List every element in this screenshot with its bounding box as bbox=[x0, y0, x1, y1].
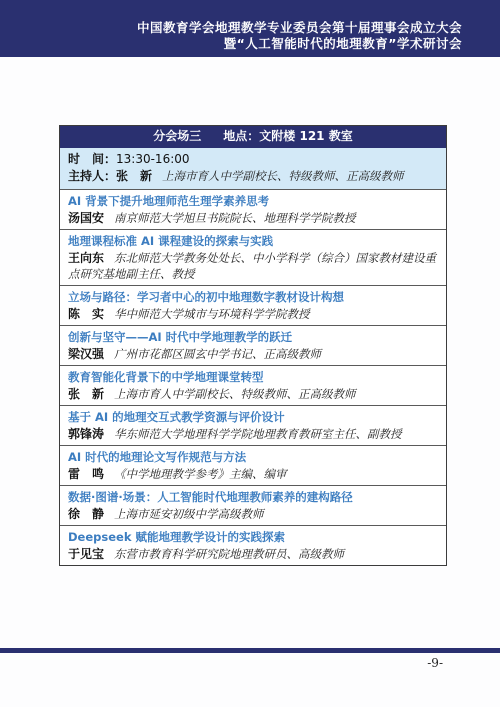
table-header-row: 分会场三地点：文附楼 121 教室 bbox=[60, 126, 446, 148]
speaker-affiliation: 华中师范大学城市与环境科学学院教授 bbox=[114, 307, 310, 321]
talk-title: AI 时代的地理论文写作规范与方法 bbox=[68, 449, 438, 465]
speaker-affiliation: 东北师范大学教务处处长、中小学科学（综合）国家教材建设重点研究基地副主任、教授 bbox=[68, 251, 436, 281]
talk-title: 立场与路径：学习者中心的初中地理数字教材设计构想 bbox=[68, 289, 438, 305]
talk-speaker-row: 梁汉强广州市花都区圆玄中学书记、正高级教师 bbox=[68, 346, 438, 362]
conference-banner: 中国教育学会地理教学专业委员会第十届理事会成立大会 暨“人工智能时代的地理教育”… bbox=[0, 0, 500, 57]
talk-speaker-row: 于见宝东营市教育科学研究院地理教研员、高级教师 bbox=[68, 546, 438, 562]
speaker-name: 陈 实 bbox=[68, 307, 104, 321]
host-label: 主持人： bbox=[68, 169, 116, 183]
time-label: 时 间： bbox=[68, 152, 116, 166]
session-row: 基于 AI 的地理交互式教学资源与评价设计 郭锋涛华东师范大学地理科学学院地理教… bbox=[60, 405, 446, 445]
talk-title: 数据·图谱·场景：人工智能时代地理教师素养的建构路径 bbox=[68, 489, 438, 505]
speaker-affiliation: 上海市延安初级中学高级教师 bbox=[114, 507, 264, 521]
talk-speaker-row: 陈 实华中师范大学城市与环境科学学院教授 bbox=[68, 306, 438, 322]
talk-speaker-row: 雷 鸣《中学地理教学参考》主编、编审 bbox=[68, 466, 438, 482]
session-row: 教育智能化背景下的中学地理课堂转型 张 新上海市育人中学副校长、特级教师、正高级… bbox=[60, 365, 446, 405]
speaker-name: 王向东 bbox=[68, 251, 104, 265]
speaker-affiliation: 华东师范大学地理科学学院地理教育教研室主任、副教授 bbox=[114, 427, 402, 441]
speaker-name: 梁汉强 bbox=[68, 347, 104, 361]
session-row: AI 时代的地理论文写作规范与方法 雷 鸣《中学地理教学参考》主编、编审 bbox=[60, 445, 446, 485]
speaker-name: 徐 静 bbox=[68, 507, 104, 521]
talk-speaker-row: 郭锋涛华东师范大学地理科学学院地理教育教研室主任、副教授 bbox=[68, 426, 438, 442]
speaker-affiliation: 东营市教育科学研究院地理教研员、高级教师 bbox=[114, 547, 344, 561]
talk-speaker-row: 王向东东北师范大学教务处处长、中小学科学（综合）国家教材建设重点研究基地副主任、… bbox=[68, 250, 438, 282]
session-row: AI 背景下提升地理师范生理学素养思考 汤国安南京师范大学旭旦书院院长、地理科学… bbox=[60, 189, 446, 229]
speaker-name: 郭锋涛 bbox=[68, 427, 104, 441]
host-name: 张 新 bbox=[116, 169, 152, 183]
speaker-affiliation: 上海市育人中学副校长、特级教师、正高级教师 bbox=[114, 387, 356, 401]
session-location: 地点：文附楼 121 教室 bbox=[223, 129, 352, 143]
speaker-name: 雷 鸣 bbox=[68, 467, 104, 481]
time-value: 13:30-16:00 bbox=[116, 152, 190, 166]
banner-line-1: 中国教育学会地理教学专业委员会第十届理事会成立大会 bbox=[0, 20, 462, 36]
host-description: 上海市育人中学副校长、特级教师、正高级教师 bbox=[162, 169, 404, 183]
talk-title: 地理课程标准 AI 课程建设的探索与实践 bbox=[68, 233, 438, 249]
session-row: 地理课程标准 AI 课程建设的探索与实践 王向东东北师范大学教务处处长、中小学科… bbox=[60, 229, 446, 285]
talk-title: Deepseek 赋能地理教学设计的实践探索 bbox=[68, 529, 438, 545]
talk-speaker-row: 汤国安南京师范大学旭旦书院院长、地理科学学院教授 bbox=[68, 210, 438, 226]
session-info-block: 时 间：13:30-16:00 主持人：张 新上海市育人中学副校长、特级教师、正… bbox=[60, 148, 446, 189]
speaker-affiliation: 南京师范大学旭旦书院院长、地理科学学院教授 bbox=[114, 211, 356, 225]
talk-title: 基于 AI 的地理交互式教学资源与评价设计 bbox=[68, 409, 438, 425]
talk-title: AI 背景下提升地理师范生理学素养思考 bbox=[68, 193, 438, 209]
session-row: Deepseek 赋能地理教学设计的实践探索 于见宝东营市教育科学研究院地理教研… bbox=[60, 525, 446, 565]
talk-speaker-row: 徐 静上海市延安初级中学高级教师 bbox=[68, 506, 438, 522]
program-table: 分会场三地点：文附楼 121 教室 时 间：13:30-16:00 主持人：张 … bbox=[59, 125, 447, 566]
talk-title: 教育智能化背景下的中学地理课堂转型 bbox=[68, 369, 438, 385]
footer-divider-bar bbox=[0, 648, 500, 653]
session-row: 数据·图谱·场景：人工智能时代地理教师素养的建构路径 徐 静上海市延安初级中学高… bbox=[60, 485, 446, 525]
talk-speaker-row: 张 新上海市育人中学副校长、特级教师、正高级教师 bbox=[68, 386, 438, 402]
speaker-affiliation: 广州市花都区圆玄中学书记、正高级教师 bbox=[114, 347, 321, 361]
host-row: 主持人：张 新上海市育人中学副校长、特级教师、正高级教师 bbox=[68, 168, 438, 185]
session-name: 分会场三 bbox=[153, 129, 201, 143]
time-row: 时 间：13:30-16:00 bbox=[68, 151, 438, 168]
speaker-affiliation: 《中学地理教学参考》主编、编审 bbox=[114, 467, 287, 481]
session-row: 创新与坚守——AI 时代中学地理教学的跃迁 梁汉强广州市花都区圆玄中学书记、正高… bbox=[60, 325, 446, 365]
talk-title: 创新与坚守——AI 时代中学地理教学的跃迁 bbox=[68, 329, 438, 345]
speaker-name: 张 新 bbox=[68, 387, 104, 401]
speaker-name: 汤国安 bbox=[68, 211, 104, 225]
page-number: -9- bbox=[427, 656, 443, 670]
speaker-name: 于见宝 bbox=[68, 547, 104, 561]
session-row: 立场与路径：学习者中心的初中地理数字教材设计构想 陈 实华中师范大学城市与环境科… bbox=[60, 285, 446, 325]
banner-line-2: 暨“人工智能时代的地理教育”学术研讨会 bbox=[0, 36, 462, 52]
